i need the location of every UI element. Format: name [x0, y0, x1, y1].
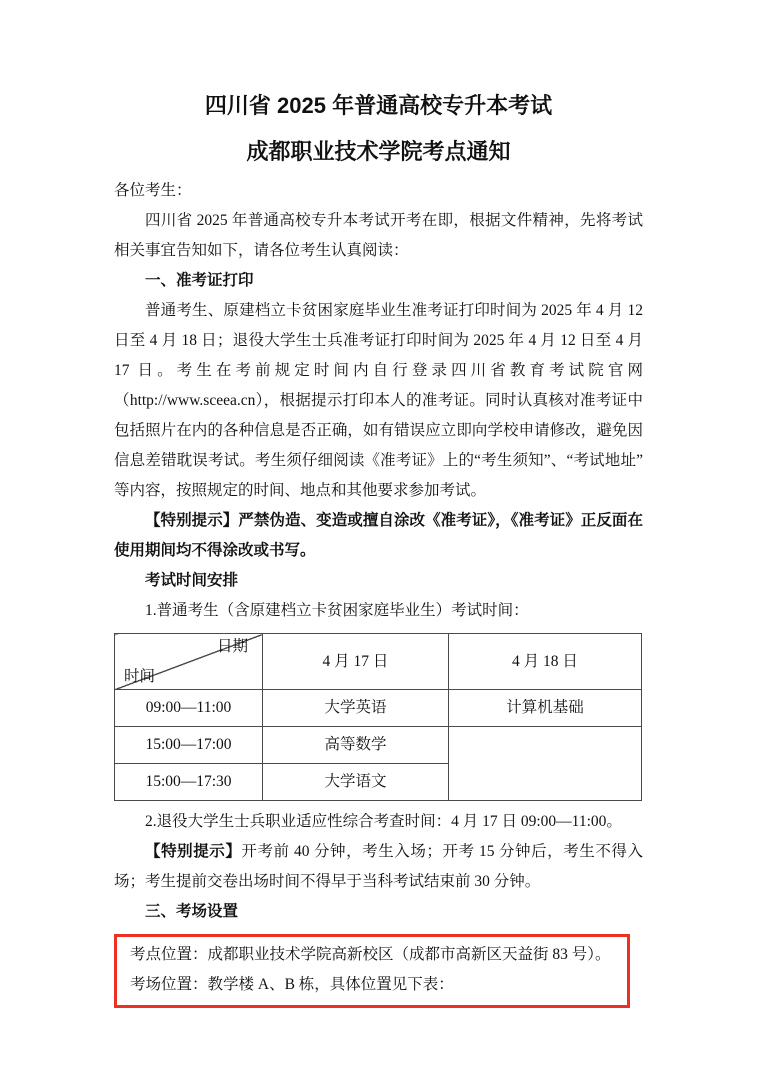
- intro-paragraph: 四川省 2025 年普通高校专升本考试开考在即，根据文件精神，先将考试相关事宜告…: [114, 206, 643, 266]
- table-column-header-april18: 4 月 18 日: [449, 634, 642, 690]
- section2-item1: 1.普通考生（含原建档立卡贫困家庭毕业生）考试时间：: [114, 596, 643, 626]
- corner-label-time: 时间: [124, 667, 155, 687]
- table-corner-cell: 日期 时间: [115, 634, 263, 690]
- cell-time-1500-1700: 15:00—17:00: [115, 727, 263, 764]
- cell-time-0900-1100: 09:00—11:00: [115, 690, 263, 727]
- cell-day2-empty-merged: [449, 727, 642, 801]
- document-page: 四川省 2025 年普通高校专升本考试 成都职业技术学院考点通知 各位考生： 四…: [0, 0, 757, 1066]
- document-body: 各位考生： 四川省 2025 年普通高校专升本考试开考在即，根据文件精神，先将考…: [114, 176, 643, 1008]
- cell-subject-math: 高等数学: [263, 727, 449, 764]
- cell-subject-computer: 计算机基础: [449, 690, 642, 727]
- document-title-line2: 成都职业技术学院考点通知: [114, 134, 643, 170]
- table-header-row: 日期 时间 4 月 17 日 4 月 18 日: [115, 634, 642, 690]
- section2-item2: 2.退役大学生士兵职业适应性综合考查时间：4 月 17 日 09:00—11:0…: [114, 807, 643, 837]
- exam-schedule-table: 日期 时间 4 月 17 日 4 月 18 日 09:00—11:00 大学英语…: [114, 633, 642, 801]
- table-column-header-april17: 4 月 17 日: [263, 634, 449, 690]
- section1-paragraph: 普通考生、原建档立卡贫困家庭毕业生准考证打印时间为 2025 年 4 月 12 …: [114, 296, 643, 506]
- table-row-afternoon-1: 15:00—17:00 高等数学: [115, 727, 642, 764]
- document-title-line1: 四川省 2025 年普通高校专升本考试: [114, 88, 643, 124]
- exam-site-location: 考点位置：成都职业技术学院高新校区（成都市高新区天益街 83 号）。: [130, 940, 614, 970]
- document-title: 四川省 2025 年普通高校专升本考试 成都职业技术学院考点通知: [114, 88, 643, 170]
- section3-heading: 三、考场设置: [114, 897, 643, 927]
- section2-special-notice: 【特别提示】开考前 40 分钟，考生入场；开考 15 分钟后，考生不得入场；考生…: [114, 837, 643, 897]
- cell-subject-chinese: 大学语文: [263, 764, 449, 801]
- section1-heading: 一、准考证打印: [114, 266, 643, 296]
- corner-label-date: 日期: [217, 637, 248, 657]
- exam-location-highlight-box: 考点位置：成都职业技术学院高新校区（成都市高新区天益街 83 号）。 考场位置：…: [114, 934, 630, 1008]
- cell-subject-english: 大学英语: [263, 690, 449, 727]
- section1-special-notice: 【特别提示】严禁伪造、变造或擅自涂改《准考证》，《准考证》正反面在使用期间均不得…: [114, 506, 643, 566]
- exam-room-location: 考场位置：教学楼 A、B 栋，具体位置见下表：: [130, 970, 614, 1000]
- section2-notice-label: 【特别提示】: [145, 843, 241, 860]
- table-row-morning: 09:00—11:00 大学英语 计算机基础: [115, 690, 642, 727]
- cell-time-1500-1730: 15:00—17:30: [115, 764, 263, 801]
- section2-heading: 考试时间安排: [114, 566, 643, 596]
- salutation: 各位考生：: [114, 176, 643, 206]
- section1-notice-label: 【特别提示】: [145, 512, 238, 529]
